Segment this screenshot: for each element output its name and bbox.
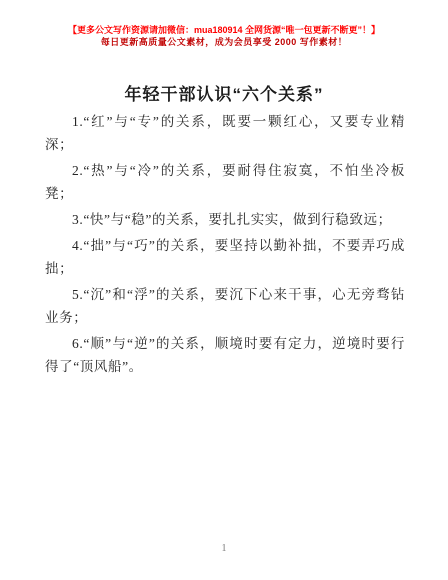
paragraph-3: 3.“快”与“稳”的关系，要扎扎实实，做到行稳致远； — [45, 208, 405, 231]
paragraph-4: 4.“拙”与“巧”的关系，要坚持以勤补拙，不要弄巧成拙； — [45, 234, 405, 280]
paragraph-6: 6.“顺”与“逆”的关系，顺境时要有定力，逆境时要行得了“顶风船”。 — [45, 332, 405, 378]
promo-line-1: 【更多公文写作资源请加微信：mua180914 全网货源“唯一包更新不断更”！】 — [0, 24, 448, 36]
page-footer: 1 — [0, 538, 448, 556]
document-title: 年轻干部认识“六个关系” — [0, 80, 448, 105]
paragraph-2: 2.“热”与“冷”的关系，要耐得住寂寞，不怕坐冷板凳； — [45, 159, 405, 205]
paragraph-1: 1.“红”与“专”的关系，既要一颗红心，又要专业精深； — [45, 110, 405, 156]
promo-line-2: 每日更新高质量公文素材，成为会员享受 2000 写作素材！ — [0, 36, 448, 48]
page-number: 1 — [222, 543, 227, 554]
promo-header: 【更多公文写作资源请加微信：mua180914 全网货源“唯一包更新不断更”！】… — [0, 24, 448, 48]
paragraph-5: 5.“沉”和“浮”的关系，要沉下心来干事，心无旁骛钻业务； — [45, 283, 405, 329]
document-page: 【更多公文写作资源请加微信：mua180914 全网货源“唯一包更新不断更”！】… — [0, 0, 448, 580]
document-body: 1.“红”与“专”的关系，既要一颗红心，又要专业精深； 2.“热”与“冷”的关系… — [45, 110, 405, 381]
